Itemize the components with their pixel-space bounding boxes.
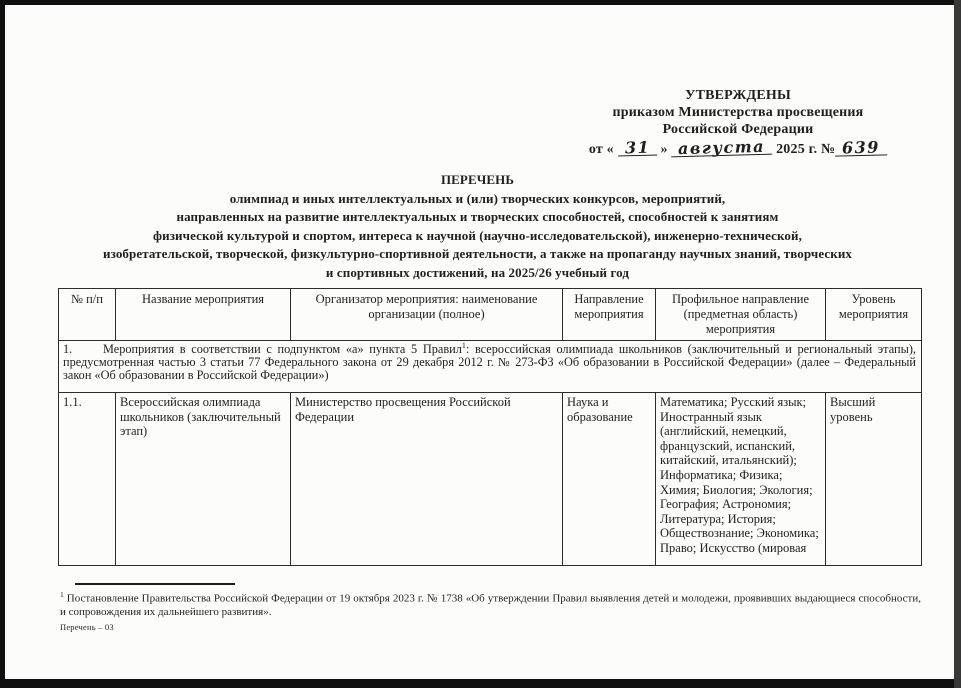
approval-line-federation: Российской Федерации [552, 121, 924, 138]
handwritten-order-number: 639 [835, 139, 887, 156]
cell-organizer: Министерство просвещения Российской Феде… [291, 393, 563, 566]
events-table: № п/п Название мероприятия Организатор м… [58, 288, 922, 566]
column-header-name: Название мероприятия [116, 289, 291, 341]
table-header-row: № п/п Название мероприятия Организатор м… [59, 289, 922, 341]
section-row: 1.Мероприятия в соответствии с подпункто… [59, 341, 922, 393]
cell-event-name: Всероссийская олимпиада школьников (закл… [116, 393, 291, 566]
footnote-text-line: 1 Постановление Правительства Российской… [60, 588, 921, 619]
approval-date-line: от « 31 » августа 2025 г. №639 [552, 140, 924, 158]
date-year: 2025 г. № [776, 142, 835, 157]
title-line: и спортивных достижений, на 2025/26 учеб… [28, 264, 927, 283]
scan-border-bottom [0, 679, 961, 688]
column-header-profile: Профильное направление (предметная облас… [656, 289, 826, 341]
document-title-heading: ПЕРЕЧЕНЬ [28, 171, 927, 190]
section-row-cell: 1.Мероприятия в соответствии с подпункто… [59, 341, 922, 393]
footnote-block: 1 Постановление Правительства Российской… [60, 588, 921, 634]
handwritten-month: августа [671, 139, 772, 158]
footnote-marker: 1 [60, 590, 64, 599]
title-line: физической культурой и спортом, интереса… [28, 227, 927, 246]
scan-border-right [954, 0, 961, 688]
document-code: Перечень – 03 [60, 621, 921, 634]
column-header-direction: Направление мероприятия [563, 289, 656, 341]
scan-border-left [0, 0, 5, 688]
cell-profile-subjects: Математика; Русский язык; Иностранный яз… [656, 393, 826, 566]
scan-border-top [0, 0, 961, 5]
scanned-document-page: УТВЕРЖДЕНЫ приказом Министерства просвещ… [0, 0, 961, 688]
title-line: изобретательской, творческой, физкультур… [28, 245, 927, 264]
date-close-quote: » [661, 142, 668, 157]
cell-row-number: 1.1. [59, 393, 116, 566]
title-line: направленных на развитие интеллектуальны… [28, 208, 927, 227]
column-header-level: Уровень мероприятия [826, 289, 922, 341]
footnote-text: Постановление Правительства Российской Ф… [60, 593, 921, 618]
date-prefix: от « [589, 142, 614, 157]
column-header-number: № п/п [59, 289, 116, 341]
handwritten-day: 31 [617, 139, 657, 156]
approval-line-approved: УТВЕРЖДЕНЫ [552, 87, 924, 104]
table-row: 1.1. Всероссийская олимпиада школьников … [59, 393, 922, 566]
document-title-block: ПЕРЕЧЕНЬ олимпиад и иных интеллектуальны… [28, 171, 927, 283]
title-line: олимпиад и иных интеллектуальных и (или)… [28, 190, 927, 209]
cell-direction: Наука и образование [563, 393, 656, 566]
footnote-separator [75, 583, 235, 585]
column-header-organizer: Организатор мероприятия: наименование ор… [291, 289, 563, 341]
approval-block: УТВЕРЖДЕНЫ приказом Министерства просвещ… [552, 87, 924, 158]
cell-level: Высший уровень [826, 393, 922, 566]
approval-line-order: приказом Министерства просвещения [552, 104, 924, 121]
